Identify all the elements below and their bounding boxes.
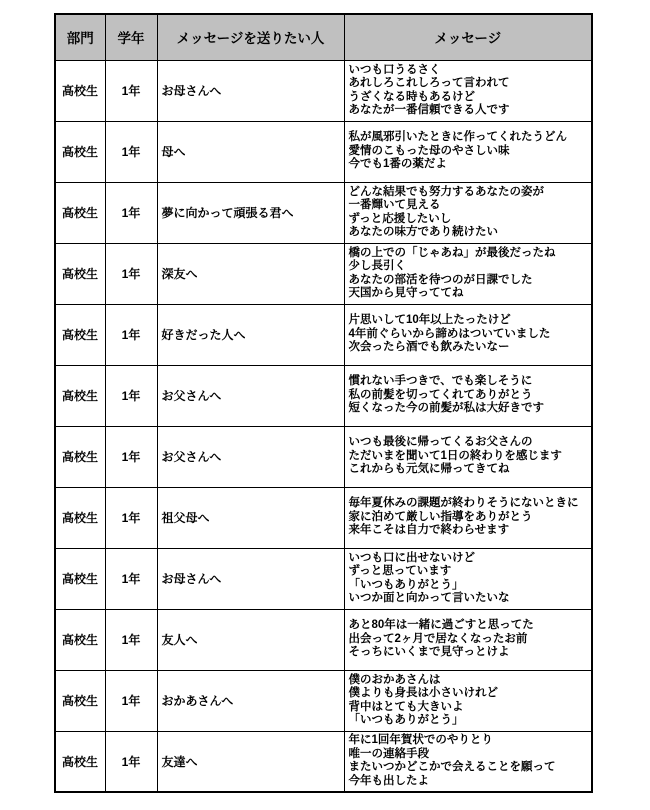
col-header-department: 部門 [55, 14, 105, 60]
header-row: 部門 学年 メッセージを送りたい人 メッセージ [55, 14, 592, 60]
cell-message: どんな結果でも努力するあなたの姿が 一番輝いて見える ずっと応援したいし あなた… [344, 182, 592, 243]
cell-message: いつも口に出せないけど ずっと思っています 「いつもありがとう」 いつか面と向か… [344, 548, 592, 609]
table-row: 高校生 1年 母へ 私が風邪引いたときに作ってくれたうどん 愛情のこもった母のや… [55, 121, 592, 182]
cell-grade: 1年 [105, 304, 157, 365]
cell-message: あと80年は一緒に過ごすと思ってた 出会って2ヶ月で居なくなったお前 そっちにい… [344, 609, 592, 670]
cell-recipient: 深友へ [157, 243, 344, 304]
cell-grade: 1年 [105, 243, 157, 304]
cell-recipient: 夢に向かって頑張る君へ [157, 182, 344, 243]
col-header-grade: 学年 [105, 14, 157, 60]
cell-grade: 1年 [105, 548, 157, 609]
cell-recipient: 祖父母へ [157, 487, 344, 548]
table-row: 高校生 1年 お母さんへ いつも口うるさく あれしろこれしろって言われて うざく… [55, 60, 592, 121]
table-row: 高校生 1年 夢に向かって頑張る君へ どんな結果でも努力するあなたの姿が 一番輝… [55, 182, 592, 243]
cell-recipient: お母さんへ [157, 60, 344, 121]
cell-message: 僕のおかあさんは 僕よりも身長は小さいけれど 背中はとても大きいよ 「いつもあり… [344, 670, 592, 731]
cell-recipient: 好きだった人へ [157, 304, 344, 365]
cell-message: 慣れない手つきで、でも楽しそうに 私の前髪を切ってくれてありがとう 短くなった今… [344, 365, 592, 426]
cell-recipient: お父さんへ [157, 426, 344, 487]
cell-grade: 1年 [105, 731, 157, 792]
cell-recipient: お父さんへ [157, 365, 344, 426]
cell-recipient: おかあさんへ [157, 670, 344, 731]
cell-grade: 1年 [105, 487, 157, 548]
cell-department: 高校生 [55, 182, 105, 243]
cell-department: 高校生 [55, 121, 105, 182]
cell-department: 高校生 [55, 548, 105, 609]
table-row: 高校生 1年 好きだった人へ 片思いして10年以上たったけど 4年前ぐらいから諦… [55, 304, 592, 365]
cell-grade: 1年 [105, 182, 157, 243]
table-body: 高校生 1年 お母さんへ いつも口うるさく あれしろこれしろって言われて うざく… [55, 60, 592, 792]
cell-recipient: 友達へ [157, 731, 344, 792]
cell-grade: 1年 [105, 121, 157, 182]
col-header-message: メッセージ [344, 14, 592, 60]
table-row: 高校生 1年 お父さんへ いつも最後に帰ってくるお父さんの ただいまを聞いて1日… [55, 426, 592, 487]
cell-message: いつも最後に帰ってくるお父さんの ただいまを聞いて1日の終わりを感じます これか… [344, 426, 592, 487]
cell-department: 高校生 [55, 487, 105, 548]
cell-department: 高校生 [55, 609, 105, 670]
cell-recipient: 母へ [157, 121, 344, 182]
cell-grade: 1年 [105, 609, 157, 670]
cell-department: 高校生 [55, 670, 105, 731]
cell-recipient: 友人へ [157, 609, 344, 670]
table-row: 高校生 1年 友達へ 年に1回年賀状でのやりとり 唯一の連絡手段 またいつかどこ… [55, 731, 592, 792]
cell-department: 高校生 [55, 243, 105, 304]
cell-department: 高校生 [55, 304, 105, 365]
table-row: 高校生 1年 お母さんへ いつも口に出せないけど ずっと思っています 「いつもあ… [55, 548, 592, 609]
message-table: 部門 学年 メッセージを送りたい人 メッセージ 高校生 1年 お母さんへ いつも… [54, 13, 593, 793]
cell-recipient: お母さんへ [157, 548, 344, 609]
cell-grade: 1年 [105, 670, 157, 731]
cell-department: 高校生 [55, 731, 105, 792]
cell-grade: 1年 [105, 60, 157, 121]
cell-message: 毎年夏休みの課題が終わりそうにないときに 家に泊めて厳しい指導をありがとう 来年… [344, 487, 592, 548]
cell-grade: 1年 [105, 426, 157, 487]
table-row: 高校生 1年 お父さんへ 慣れない手つきで、でも楽しそうに 私の前髪を切ってくれ… [55, 365, 592, 426]
table-row: 高校生 1年 祖父母へ 毎年夏休みの課題が終わりそうにないときに 家に泊めて厳し… [55, 487, 592, 548]
cell-message: 年に1回年賀状でのやりとり 唯一の連絡手段 またいつかどこかで会えることを願って… [344, 731, 592, 792]
cell-message: いつも口うるさく あれしろこれしろって言われて うざくなる時もあるけど あなたが… [344, 60, 592, 121]
message-table-sheet: 部門 学年 メッセージを送りたい人 メッセージ 高校生 1年 お母さんへ いつも… [54, 13, 593, 793]
cell-message: 私が風邪引いたときに作ってくれたうどん 愛情のこもった母のやさしい味 今でも1番… [344, 121, 592, 182]
cell-department: 高校生 [55, 426, 105, 487]
cell-message: 橋の上での「じゃあね」が最後だったね 少し長引く あなたの部活を待つのが日課でし… [344, 243, 592, 304]
table-row: 高校生 1年 深友へ 橋の上での「じゃあね」が最後だったね 少し長引く あなたの… [55, 243, 592, 304]
table-row: 高校生 1年 おかあさんへ 僕のおかあさんは 僕よりも身長は小さいけれど 背中は… [55, 670, 592, 731]
cell-grade: 1年 [105, 365, 157, 426]
cell-department: 高校生 [55, 365, 105, 426]
cell-message: 片思いして10年以上たったけど 4年前ぐらいから諦めはついていました 次会ったら… [344, 304, 592, 365]
cell-department: 高校生 [55, 60, 105, 121]
table-row: 高校生 1年 友人へ あと80年は一緒に過ごすと思ってた 出会って2ヶ月で居なく… [55, 609, 592, 670]
col-header-recipient: メッセージを送りたい人 [157, 14, 344, 60]
